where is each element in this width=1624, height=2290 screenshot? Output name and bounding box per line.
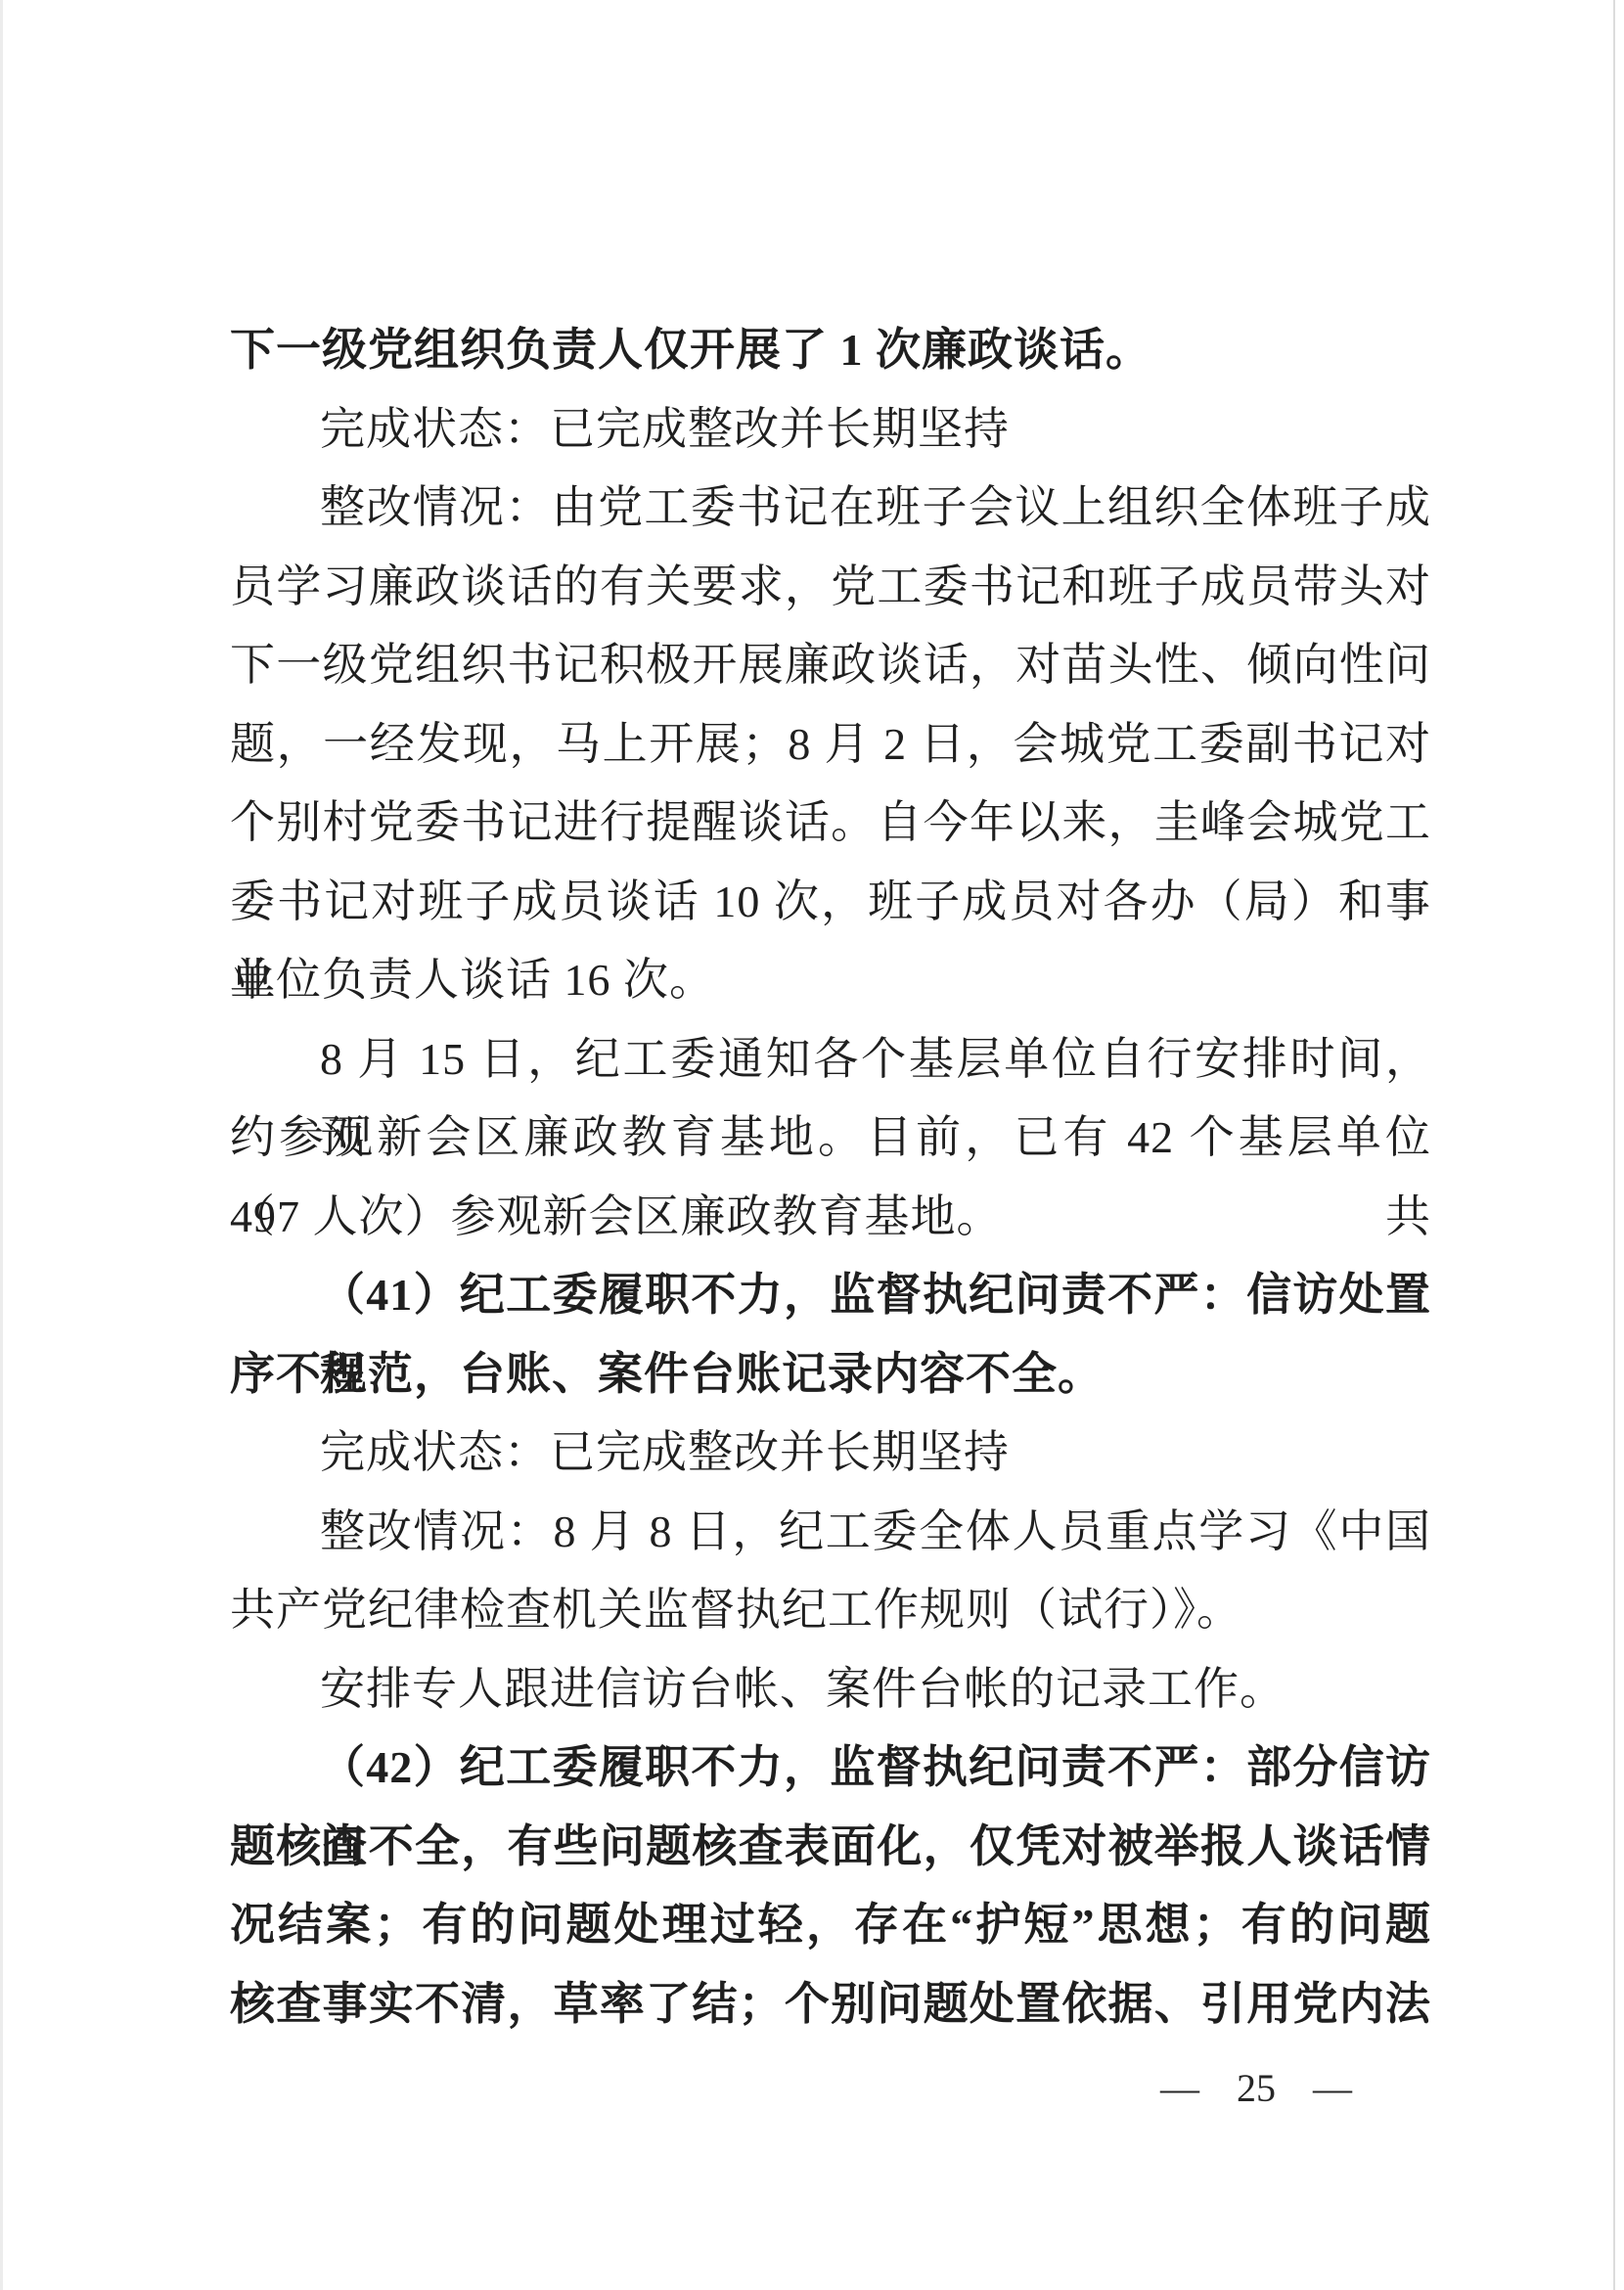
text-line: 员学习廉政谈话的有关要求，党工委书记和班子成员带头对 xyxy=(230,548,1431,627)
text-line: （42）纪工委履职不力，监督执纪问责不严：部分信访问 xyxy=(230,1729,1431,1808)
scan-edge-right xyxy=(1613,0,1615,2290)
text-line: 8 月 15 日，纪工委通知各个基层单位自行安排时间，预 xyxy=(230,1020,1431,1100)
text-line: 整改情况：由党工委书记在班子会议上组织全体班子成 xyxy=(230,469,1431,548)
body-text-block: 下一级党组织负责人仅开展了 1 次廉政谈话。 完成状态：已完成整改并长期坚持 整… xyxy=(230,311,1431,2043)
document-page: 下一级党组织负责人仅开展了 1 次廉政谈话。 完成状态：已完成整改并长期坚持 整… xyxy=(0,0,1624,2290)
footer-dash-left: — xyxy=(1160,2065,1199,2111)
text-line: 安排专人跟进信访台帐、案件台帐的记录工作。 xyxy=(230,1650,1431,1729)
text-line: 下一级党组织书记积极开展廉政谈话，对苗头性、倾向性问 xyxy=(230,626,1431,705)
text-line: 题核查不全，有些问题核查表面化，仅凭对被举报人谈话情 xyxy=(230,1808,1431,1887)
text-line: 单位负责人谈话 16 次。 xyxy=(230,941,1431,1020)
text-line: 完成状态：已完成整改并长期坚持 xyxy=(230,390,1431,470)
scan-edge-left xyxy=(0,0,3,2290)
text-line: 下一级党组织负责人仅开展了 1 次廉政谈话。 xyxy=(230,311,1431,390)
footer-dash-right: — xyxy=(1313,2065,1352,2111)
text-line: 委书记对班子成员谈话 10 次，班子成员对各办（局）和事业 xyxy=(230,863,1431,942)
text-line: （41）纪工委履职不力，监督执纪问责不严：信访处置程 xyxy=(230,1256,1431,1335)
text-line: 约参观新会区廉政教育基地。目前，已有 42 个基层单位（共 xyxy=(230,1099,1431,1178)
text-line: 况结案；有的问题处理过轻，存在“护短”思想；有的问题 xyxy=(230,1886,1431,1965)
text-line: 个别村党委书记进行提醒谈话。自今年以来，圭峰会城党工 xyxy=(230,784,1431,863)
text-line: 序不规范，台账、案件台账记录内容不全。 xyxy=(230,1335,1431,1414)
page-footer: — 25 — xyxy=(1160,2060,1352,2115)
text-line: 共产党纪律检查机关监督执纪工作规则（试行）》。 xyxy=(230,1571,1431,1650)
text-line: 题，一经发现，马上开展；8 月 2 日，会城党工委副书记对 xyxy=(230,705,1431,785)
page-number: 25 xyxy=(1237,2065,1276,2111)
text-line: 完成状态：已完成整改并长期坚持 xyxy=(230,1414,1431,1493)
text-line: 核查事实不清，草率了结；个别问题处置依据、引用党内法 xyxy=(230,1965,1431,2044)
text-line: 整改情况：8 月 8 日，纪工委全体人员重点学习《中国 xyxy=(230,1493,1431,1572)
